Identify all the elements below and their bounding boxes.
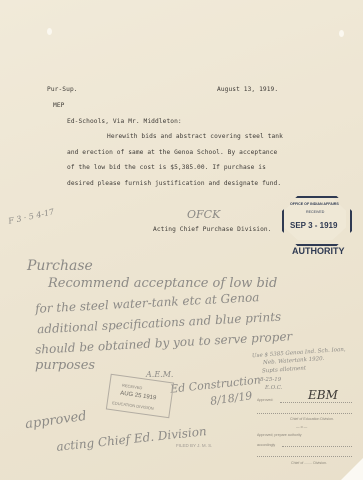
received-stamp-date: SEP 3 - 1919	[290, 221, 337, 230]
handwritten-signoff-date: 8/18/19	[209, 389, 253, 408]
handwritten-approver-title: acting Chief Ed. Division	[56, 424, 208, 454]
accordingly-label: accordingly	[257, 443, 275, 447]
received-stamp-label: RECEIVED	[306, 210, 324, 214]
body-line: Herewith bids and abstract covering stee…	[107, 133, 283, 140]
chief-education-label: Chief of Education Division.	[290, 417, 334, 421]
document-page: Pur-Sup. August 13, 1919. MEP Ed-Schools…	[0, 0, 363, 480]
body-line: of the low bid the cost is $5,385.00. If…	[67, 164, 266, 171]
handwritten-line: purposes	[35, 358, 95, 373]
handwritten-line: Recommend acceptance of low bid	[48, 276, 277, 291]
approved-signature-line	[280, 402, 352, 403]
fund-note: Supts allotment	[262, 365, 306, 374]
approved-prepare-label: Approved; prepare authority	[257, 433, 302, 437]
handwritten-approved: approved	[24, 409, 87, 432]
punch-hole	[47, 28, 52, 35]
initials: MEP	[53, 102, 64, 109]
authority-stamp: AUTHORITY	[292, 246, 345, 256]
margin-note: F 3 · 5 4-17	[8, 207, 55, 225]
signature-title: Acting Chief Purchase Division.	[153, 226, 272, 233]
fund-note-initials: E.O.C.	[265, 385, 282, 391]
approved-label: Approved:	[257, 398, 273, 402]
approved-signature: EBM	[308, 388, 338, 402]
reference-code: Pur-Sup.	[47, 86, 78, 93]
chief-division-label: Chief of ........ Division.	[291, 461, 327, 465]
filed-stamp: FILED BY J. M. S.	[176, 443, 212, 448]
separator: — o —	[296, 425, 307, 429]
body-line: desired please furnish justification and…	[67, 180, 281, 187]
handwritten-heading: Purchase	[27, 258, 93, 274]
body-line: and erection of same at the Genoa School…	[67, 149, 277, 156]
salutation: Ed-Schools, Via Mr. Middleton:	[67, 118, 182, 125]
received-stamp-agency: OFFICE OF INDIAN AFFAIRS	[290, 202, 339, 206]
folded-corner	[341, 458, 363, 480]
punch-hole	[339, 30, 344, 37]
letter-date: August 13, 1919.	[217, 86, 278, 93]
signature-initials: OFCK	[187, 208, 220, 221]
handwritten-signoff-initials: A.E.M.	[146, 370, 173, 379]
fund-note-date: 8-25-19	[260, 377, 281, 383]
